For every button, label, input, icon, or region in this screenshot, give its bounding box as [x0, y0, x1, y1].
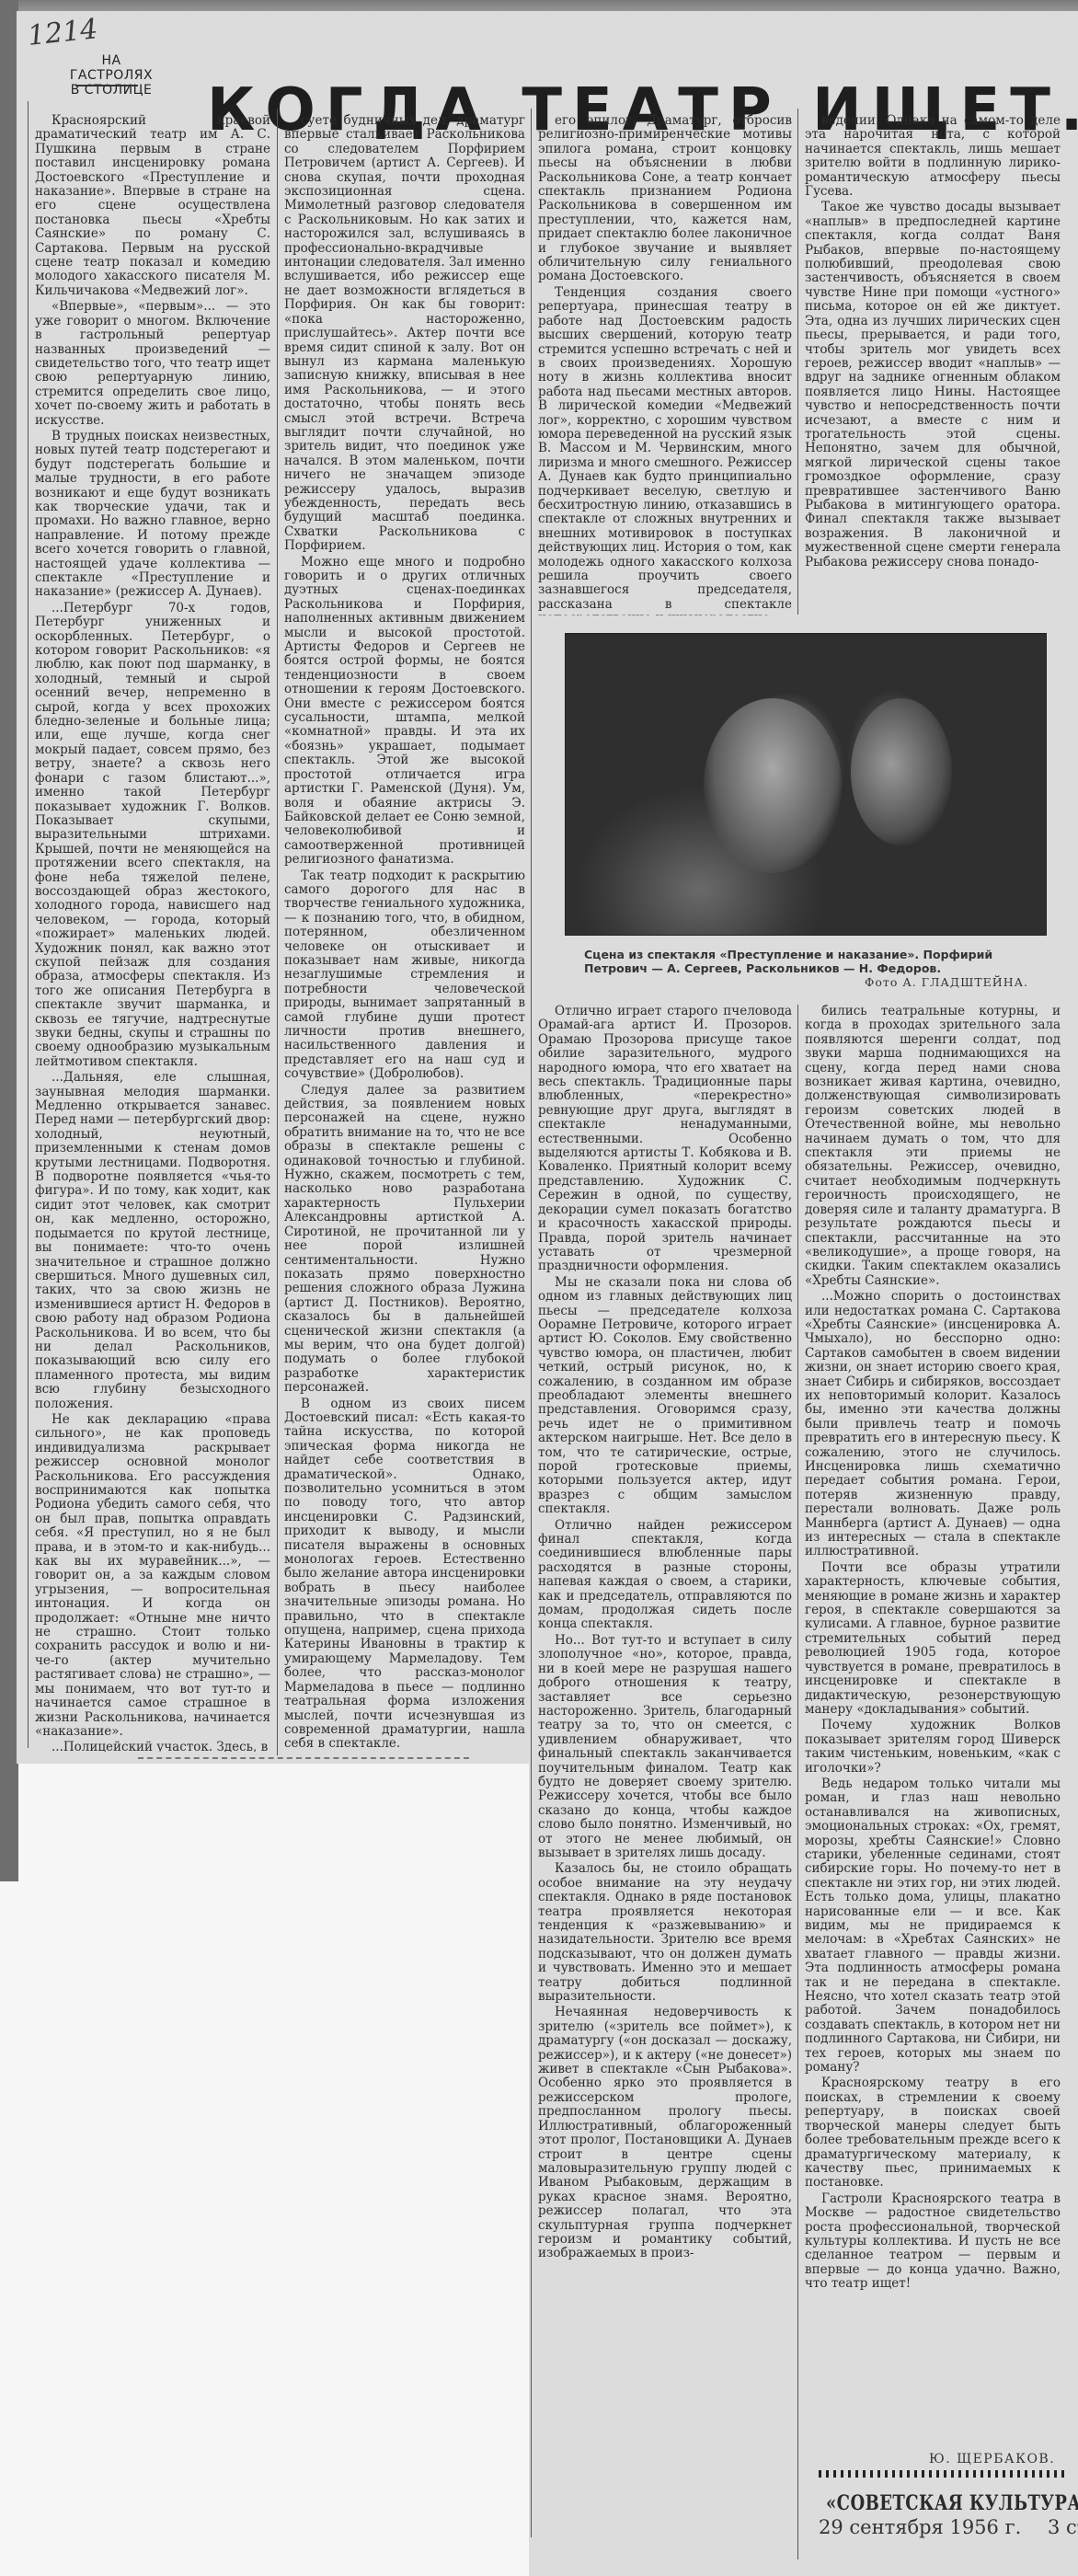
paragraph: Гастроли Красноярского театра в Москве —…: [805, 2192, 1061, 2292]
paragraph: Не как декларацию «права сильного», не к…: [35, 1413, 270, 1739]
paragraph: Почему художник Волков показывает зрител…: [805, 1719, 1061, 1776]
paragraph: суете будничных дел, драматург впервые с…: [284, 114, 525, 554]
column-rule-3-4-lower: [797, 1005, 798, 2559]
scene-photo: [565, 633, 1047, 936]
paragraph: «Впервые», «первым»... — это уже говорит…: [35, 300, 270, 428]
paragraph: Мы не сказали пока ни слова об одном из …: [538, 1276, 792, 1517]
paragraph: Нечаянная недоверчивость к зрителю («зри…: [538, 2006, 792, 2260]
paragraph: ...Петербург 70-х годов, Петербург униже…: [35, 602, 270, 1069]
paragraph: Отлично играет старого пчеловода Орамай-…: [538, 1005, 792, 1274]
paragraph: В одном из своих писем Достоевский писал…: [284, 1397, 525, 1752]
paragraph: Красноярский краевой драматический театр…: [35, 114, 270, 298]
issue-date: 29 сентября 1956 г.: [819, 2516, 1021, 2538]
paragraph: Казалось бы, не стоило обращать особое в…: [538, 1862, 792, 2004]
photo-credit: Фото А. ГЛАДШТЕЙНА.: [865, 975, 1028, 989]
paragraph: Почти все образы утратили характерность,…: [805, 1561, 1061, 1717]
paragraph: Так театр подходит к раскрытию самого до…: [284, 869, 525, 1082]
article-column-2: суете будничных дел, драматург впервые с…: [284, 114, 525, 1752]
rubric: НА ГАСТРОЛЯХ В СТОЛИЦЕ: [61, 53, 162, 98]
paragraph: Такое же чувство досады вызывает «наплыв…: [805, 201, 1061, 569]
paragraph: Ведь недаром только читали мы роман, и г…: [805, 1777, 1061, 2076]
rubric-underline: [75, 85, 138, 86]
article-column-3-upper: его эпилог. Драматург, отбросив религиоз…: [538, 114, 792, 615]
paragraph: ...Полицейский участок. Здесь, в: [35, 1741, 270, 1752]
article-column-1: Красноярский краевой драматический театр…: [35, 114, 270, 1752]
paragraph: ...Можно спорить о достоинствах или недо…: [805, 1290, 1061, 1559]
paragraph: ...Дальняя, еле слышная, заунывная мелод…: [35, 1071, 270, 1411]
column-end-dashed-rule: [138, 1757, 469, 1759]
paragraph: В трудных поисках неизвестных, новых пут…: [35, 430, 270, 600]
newspaper-name: «СОВЕТСКАЯ КУЛЬТУРА»: [826, 2491, 1078, 2515]
clipping-left-edge: [0, 0, 18, 1881]
article-column-3-lower: Отлично играет старого пчеловода Орамай-…: [538, 1005, 792, 2532]
paragraph: Но... Вот тут-то и вступает в силу злопо…: [538, 1634, 792, 1861]
column-rule-2-3: [531, 109, 532, 2537]
paragraph: Следуя далее за развитием действия, за п…: [284, 1084, 525, 1396]
column-rule-1-2: [277, 109, 278, 1755]
article-column-4-upper: ведении. Однако на самом-то деле эта нар…: [805, 114, 1061, 615]
paragraph: Красноярскому театру в его поисках, в ст…: [805, 2076, 1061, 2190]
column-rule-left: [28, 101, 29, 1748]
rubric-line-1: НА ГАСТРОЛЯХ: [61, 53, 162, 83]
paragraph: его эпилог. Драматург, отбросив религиоз…: [538, 114, 792, 284]
author-signature: Ю. ЩЕРБАКОВ.: [929, 2452, 1055, 2467]
actor-figure-right: [851, 698, 952, 845]
paragraph: Тенденция создания своего репертуара, пр…: [538, 286, 792, 615]
photo-caption: Сцена из спектакля «Преступление и наказ…: [584, 948, 1053, 975]
paragraph: ведении. Однако на самом-то деле эта нар…: [805, 114, 1061, 199]
article-column-4-lower: бились театральные котурны, и когда в пр…: [805, 1005, 1061, 2445]
paragraph: Можно еще много и подробно говорить и о …: [284, 556, 525, 868]
paragraph: Отлично найден режиссером финал спектакл…: [538, 1519, 792, 1632]
paragraph: бились театральные котурны, и когда в пр…: [805, 1005, 1061, 1288]
actor-figure-left: [704, 698, 842, 873]
decorative-ornament-rule: [819, 2470, 1065, 2478]
issue-info: 29 сентября 1956 г. 3 стр.: [819, 2516, 1078, 2538]
column-rule-3-4-upper: [797, 109, 798, 615]
page-number: 3 стр.: [1048, 2516, 1078, 2538]
